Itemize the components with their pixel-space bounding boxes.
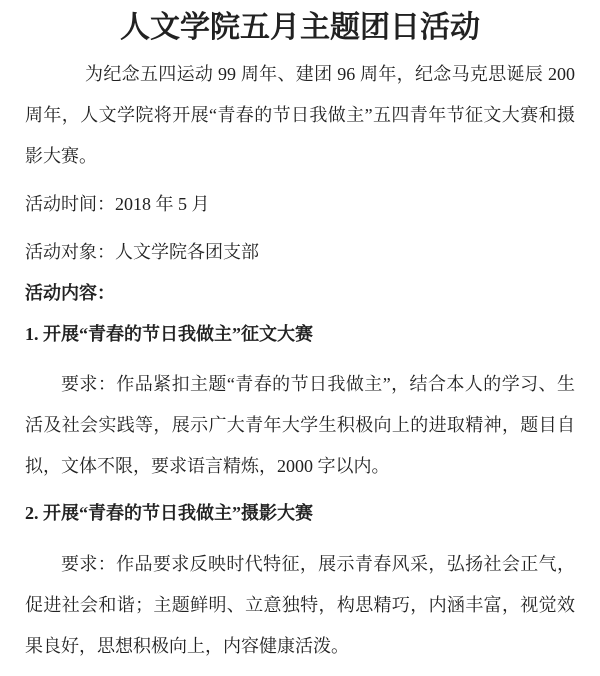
document-title: 人文学院五月主题团日活动 xyxy=(25,8,575,48)
section-2-requirements: 要求：作品要求反映时代特征，展示青春风采，弘扬社会正气，促进社会和谐；主题鲜明、… xyxy=(25,544,575,667)
document-page: 人文学院五月主题团日活动 为纪念五四运动 99 周年、建团 96 周年，纪念马克… xyxy=(0,8,600,676)
section-2-heading: 2. 开展“青春的节日我做主”摄影大赛 xyxy=(25,493,575,534)
activity-target: 活动对象：人文学院各团支部 xyxy=(25,232,575,273)
activity-content-label: 活动内容： xyxy=(25,273,575,314)
section-1-requirements: 要求：作品紧扣主题“青春的节日我做主”，结合本人的学习、生活及社会实践等，展示广… xyxy=(25,364,575,487)
paragraph-intro: 为纪念五四运动 99 周年、建团 96 周年，纪念马克思诞辰 200 周年，人文… xyxy=(25,54,575,177)
activity-time: 活动时间：2018 年 5 月 xyxy=(25,184,575,225)
section-1-heading: 1. 开展“青春的节日我做主”征文大赛 xyxy=(25,314,575,355)
